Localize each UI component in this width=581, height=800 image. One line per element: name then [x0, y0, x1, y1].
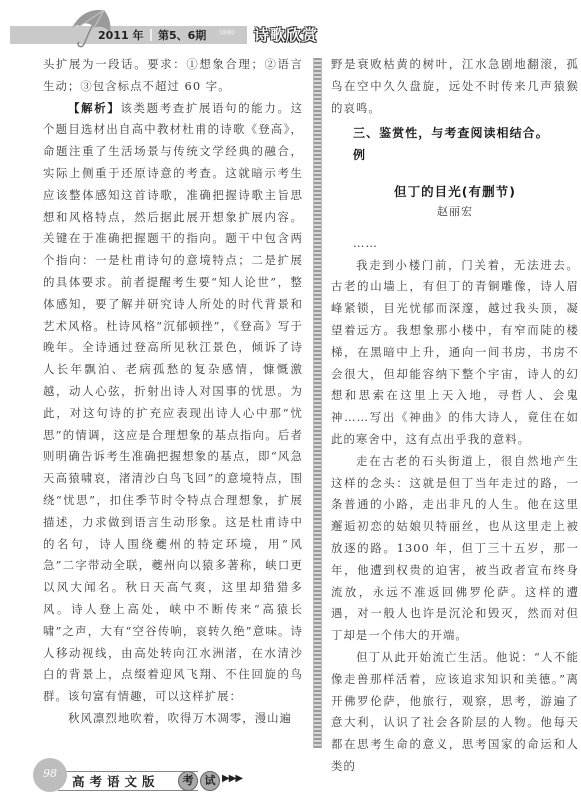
ellipsis: ……: [331, 233, 579, 255]
badge-shi: 试: [200, 771, 220, 791]
left-column: 头扩展为一段话。要求：①想象合理；②语言生动；③包含标点不超过 60 字。 【解…: [43, 54, 303, 730]
page-footer: 98 高考语文版 考 试 ▶▶▶: [0, 755, 581, 800]
example-label: 例: [331, 145, 579, 167]
issue-number: 第5、6期: [158, 27, 206, 43]
header-separator: [150, 29, 152, 41]
page-header: 2011 年 第5、6期 »»» 诗歌欣赏: [0, 0, 581, 52]
paragraph-expansion: 秋风凛烈地吹着，吹得万木凋零，漫山遍: [43, 708, 303, 730]
article-author: 赵丽宏: [331, 203, 579, 221]
page-number: 98: [36, 767, 64, 780]
analysis-label: 【解析】: [68, 101, 120, 115]
badge-kao: 考: [178, 771, 198, 791]
magazine-name: 高考语文版: [72, 772, 160, 790]
article-paragraph-1: 我走到小楼门前，门关着，无法进去。古老的山墙上，有但丁的青铜雕像，诗人眉峰紧锁，…: [331, 255, 579, 451]
chevrons-icon: »»»: [218, 25, 233, 40]
column-divider: [313, 58, 322, 748]
article-paragraph-2: 走在古老的石头街道上，很自然地产生这样的念头：这就是但丁当年走过的路，一条普通的…: [331, 451, 579, 647]
right-column: 野是衰败枯黄的树叶，江水急剧地翻滚，孤鸟在空中久久盘旋，远处不时传来几声猿猴的哀…: [331, 54, 579, 778]
paragraph-expansion-continued: 野是衰败枯黄的树叶，江水急剧地翻滚，孤鸟在空中久久盘旋，远处不时传来几声猿猴的哀…: [331, 54, 579, 119]
issue-year: 2011 年: [98, 27, 143, 43]
paragraph-question-tail: 头扩展为一段话。要求：①想象合理；②语言生动；③包含标点不超过 60 字。: [43, 54, 303, 98]
section-heading: 三、鉴赏性，与考查阅读相结合。: [331, 123, 579, 145]
paragraph-analysis: 【解析】该类题考查扩展语句的能力。这个题目选材出自高中教材杜甫的诗歌《登高》，命…: [43, 98, 303, 708]
analysis-text: 该类题考查扩展语句的能力。这个题目选材出自高中教材杜甫的诗歌《登高》，命题注重了…: [43, 101, 303, 704]
section-title: 诗歌欣赏: [254, 24, 318, 45]
arrows-icon: ▶▶▶: [222, 773, 242, 784]
article-title: 但丁的目光(有删节): [331, 181, 579, 203]
